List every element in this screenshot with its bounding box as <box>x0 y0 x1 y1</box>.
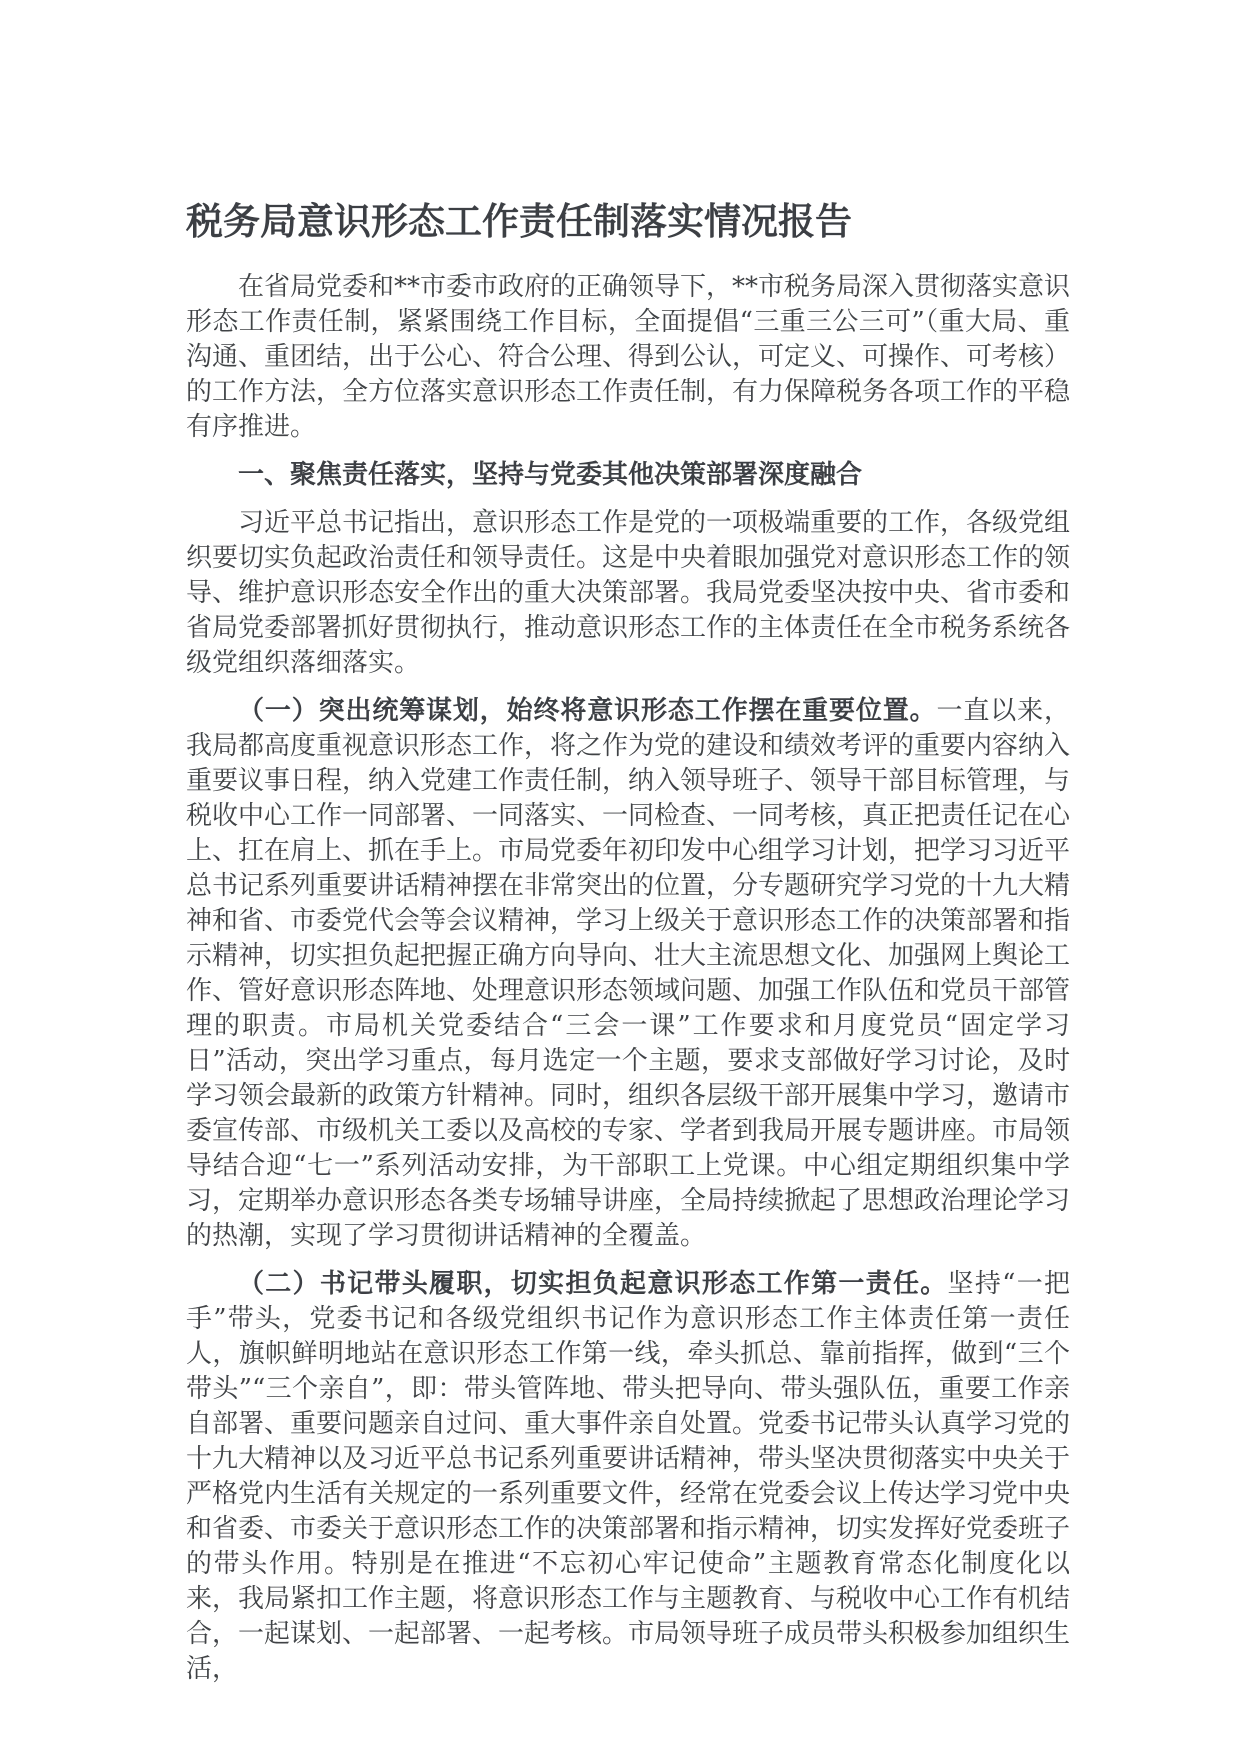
subsection-2-text: 坚持“一把手”带头，党委书记和各级党组织书记作为意识形态工作主体责任第一责任人，… <box>186 1269 1070 1684</box>
subsection-1-paragraph: （一）突出统筹谋划，始终将意识形态工作摆在重要位置。一直以来，我局都高度重视意识… <box>186 694 1070 1254</box>
section-1-heading: 一、聚焦责任落实，坚持与党委其他决策部署深度融合 <box>186 458 1070 493</box>
section-1-lead-in-paragraph: 习近平总书记指出，意识形态工作是党的一项极端重要的工作，各级党组织要切实负起政治… <box>186 506 1070 681</box>
document-title: 税务局意识形态工作责任制落实情况报告 <box>186 198 1070 246</box>
document-content: 税务局意识形态工作责任制落实情况报告 在省局党委和**市委市政府的正确领导下，*… <box>186 198 1070 1687</box>
subsection-1-lead: （一）突出统筹谋划，始终将意识形态工作摆在重要位置。 <box>238 696 937 726</box>
document-page: 税务局意识形态工作责任制落实情况报告 在省局党委和**市委市政府的正确领导下，*… <box>0 0 1240 1754</box>
subsection-2-lead: （二）书记带头履职，切实担负起意识形态工作第一责任。 <box>238 1269 948 1299</box>
subsection-1-text: 一直以来，我局都高度重视意识形态工作，将之作为党的建设和绩效考评的重要内容纳入重… <box>186 696 1070 1251</box>
subsection-2-paragraph: （二）书记带头履职，切实担负起意识形态工作第一责任。坚持“一把手”带头，党委书记… <box>186 1267 1070 1687</box>
intro-paragraph: 在省局党委和**市委市政府的正确领导下，**市税务局深入贯彻落实意识形态工作责任… <box>186 270 1070 445</box>
